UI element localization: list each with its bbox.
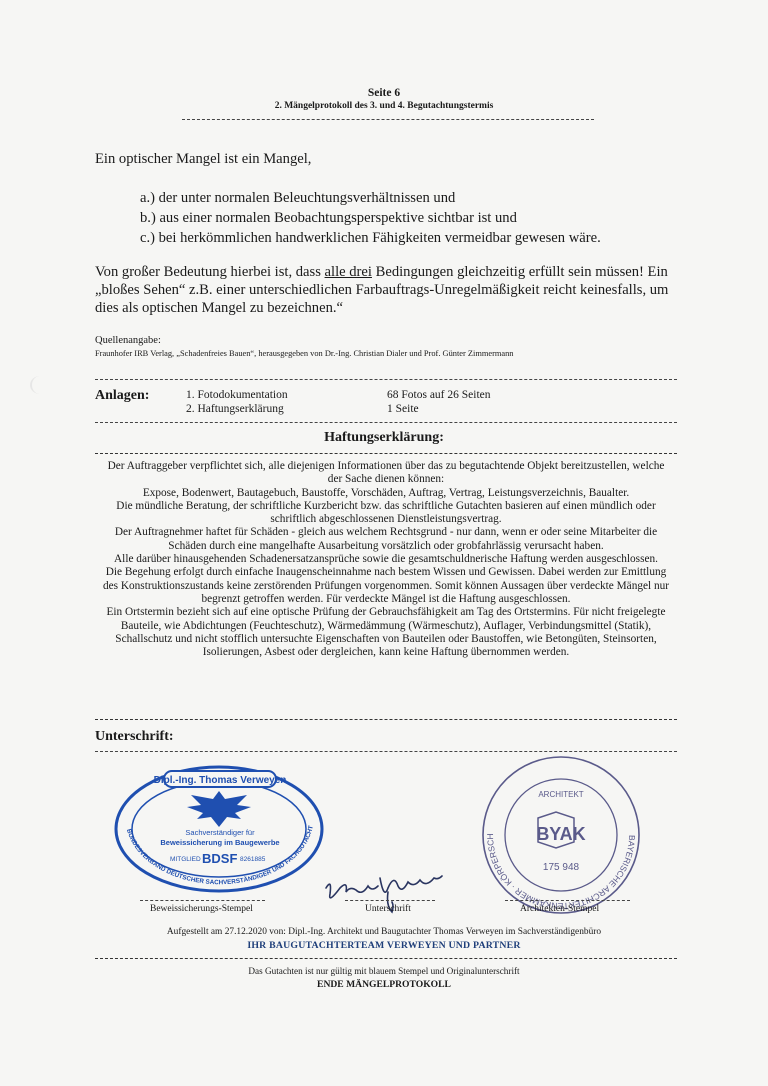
divider xyxy=(95,453,677,454)
definition-intro: Ein optischer Mangel ist ein Mangel, xyxy=(95,150,311,168)
validity-note: Das Gutachten ist nur gültig mit blauem … xyxy=(0,966,768,976)
condition-b: b.) aus einer normalen Beobachtungspersp… xyxy=(140,209,517,227)
para-underlined: alle drei xyxy=(325,264,372,280)
anlage-name: 1. Fotodokumentation xyxy=(186,389,288,401)
signature-label: Unterschrift: xyxy=(95,729,174,745)
svg-text:MITGLIED: MITGLIED xyxy=(170,856,201,863)
caption-unterschrift: Unterschrift xyxy=(365,904,411,914)
svg-text:175 948: 175 948 xyxy=(543,862,580,873)
svg-text:Beweissicherung im Baugewerbe: Beweissicherung im Baugewerbe xyxy=(160,838,279,847)
source-label: Quellenangabe: xyxy=(95,335,161,346)
divider xyxy=(95,379,677,380)
architektenkammer-stamp-icon: BAYERISCHE ARCHITEKTENKAMMER · KÖRPERSCH… xyxy=(478,752,644,918)
source-text: Fraunhofer IRB Verlag, „Schadenfreies Ba… xyxy=(95,349,513,358)
svg-text:8261885: 8261885 xyxy=(240,856,266,863)
svg-text:Sachverständiger für: Sachverständiger für xyxy=(185,828,255,837)
definition-paragraph: Von großer Bedeutung hierbei ist, dass a… xyxy=(95,263,675,317)
caption-architekt: Architekten-Stempel xyxy=(520,904,599,914)
condition-a: a.) der unter normalen Beleuchtungsverhä… xyxy=(140,189,455,207)
caption-line xyxy=(140,900,265,901)
svg-text:ARCHITEKT: ARCHITEKT xyxy=(538,790,583,799)
team-name: IHR BAUGUTACHTERTEAM VERWEYEN UND PARTNE… xyxy=(0,940,768,951)
header-divider xyxy=(182,119,594,120)
divider xyxy=(95,422,677,423)
caption-beweissicherung: Beweissicherungs-Stempel xyxy=(150,904,253,914)
anlage-name: 2. Haftungserklärung xyxy=(186,403,284,415)
haftung-paragraph: Die Begehung erfolgt durch einfache Inau… xyxy=(100,566,672,606)
svg-text:BYAK: BYAK xyxy=(536,824,585,844)
haftung-paragraph: Ein Ortstermin bezieht sich auf eine opt… xyxy=(100,606,672,659)
caption-line xyxy=(345,900,435,901)
scan-artifact xyxy=(30,376,50,394)
condition-c: c.) bei herkömmlichen handwerklichen Fäh… xyxy=(140,229,601,247)
haftung-title: Haftungserklärung: xyxy=(0,430,768,446)
created-note: Aufgestellt am 27.12.2020 von: Dipl.-Ing… xyxy=(0,927,768,937)
para-text-1: Von großer Bedeutung hierbei ist, dass xyxy=(95,264,325,280)
haftung-paragraph: Expose, Bodenwert, Bautagebuch, Baustoff… xyxy=(100,487,672,500)
beweissicherung-stamp-icon: Dipl.-Ing. Thomas Verweyen Sachverständi… xyxy=(112,765,327,895)
svg-text:Dipl.-Ing. Thomas Verweyen: Dipl.-Ing. Thomas Verweyen xyxy=(154,775,287,786)
anlage-value: 1 Seite xyxy=(387,403,419,415)
page-number: Seite 6 xyxy=(0,87,768,99)
end-label: ENDE MÄNGELPROTOKOLL xyxy=(0,979,768,990)
haftung-paragraph: Der Auftraggeber verpflichtet sich, alle… xyxy=(100,460,672,487)
haftung-body: Der Auftraggeber verpflichtet sich, alle… xyxy=(100,460,672,659)
haftung-paragraph: Die mündliche Beratung, der schriftliche… xyxy=(100,500,672,527)
anlage-value: 68 Fotos auf 26 Seiten xyxy=(387,389,491,401)
caption-line xyxy=(505,900,630,901)
page-subtitle: 2. Mängelprotokoll des 3. und 4. Begutac… xyxy=(0,101,768,111)
haftung-paragraph: Der Auftragnehmer haftet für Schäden - g… xyxy=(100,526,672,553)
svg-text:BDSF: BDSF xyxy=(202,851,237,866)
divider xyxy=(95,958,677,959)
divider xyxy=(95,719,677,720)
haftung-paragraph: Alle darüber hinausgehenden Schadenersat… xyxy=(100,553,672,566)
document-page: Seite 6 2. Mängelprotokoll des 3. und 4.… xyxy=(0,0,768,1086)
anlagen-label: Anlagen: xyxy=(95,388,149,404)
